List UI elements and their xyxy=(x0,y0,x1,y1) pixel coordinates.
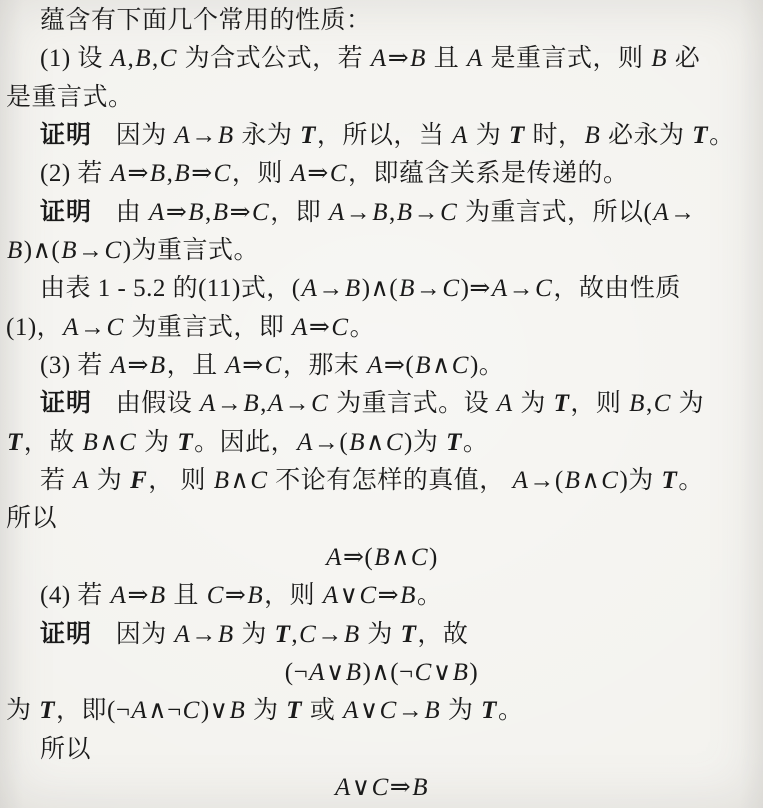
math-var: A xyxy=(224,352,242,379)
math-var: A xyxy=(148,199,166,226)
math-var: C xyxy=(104,237,123,264)
math-var: B xyxy=(344,275,362,302)
math-var: C xyxy=(330,314,349,341)
math-var: A xyxy=(366,352,384,379)
truth-value: T xyxy=(285,697,303,724)
text-line: T，故 B∧C 为 T。因此，A→(B∧C)为 T。 xyxy=(6,424,757,462)
math-var: A xyxy=(342,697,360,724)
math-var: B xyxy=(213,467,231,494)
math-var: A xyxy=(290,160,308,187)
math-var: B xyxy=(6,237,24,264)
math-var: B xyxy=(628,390,646,417)
math-var: B xyxy=(396,199,414,226)
math-var: B xyxy=(409,45,427,72)
math-var: B xyxy=(212,199,230,226)
math-var: C xyxy=(206,582,225,609)
math-var: B xyxy=(187,199,205,226)
math-var: C xyxy=(358,582,377,609)
text-line: (4) 若 A⇒B 且 C⇒B，则 A∨C⇒B。 xyxy=(6,577,757,615)
math-var: B xyxy=(411,774,429,801)
truth-value: T xyxy=(553,390,571,417)
page-content: 蕴含有下面几个常用的性质：(1) 设 A,B,C 为合式公式，若 A⇒B 且 A… xyxy=(6,2,757,807)
math-var: C xyxy=(414,659,433,686)
math-var: A xyxy=(110,45,128,72)
math-var: A xyxy=(296,429,314,456)
math-var: A xyxy=(491,275,509,302)
math-var: C xyxy=(441,275,460,302)
truth-value: T xyxy=(176,429,194,456)
text-line: A⇒(B∧C) xyxy=(6,539,757,577)
truth-value: T xyxy=(661,467,679,494)
math-var: B xyxy=(134,45,152,72)
math-var: B xyxy=(423,697,441,724)
math-var: B xyxy=(373,544,391,571)
math-var: A xyxy=(370,45,388,72)
math-var: C xyxy=(451,352,470,379)
math-var: B xyxy=(564,467,582,494)
math-var: C xyxy=(371,774,390,801)
math-var: B xyxy=(343,621,361,648)
math-var: C xyxy=(600,467,619,494)
wedge-operator-with-dot: ∧ xyxy=(371,659,390,686)
text-line: (1)，A→C 为重言式，即 A⇒C。 xyxy=(6,309,757,347)
math-var: B xyxy=(246,582,264,609)
math-var: C xyxy=(653,390,672,417)
proof-line: 证明因为 A→B 为 T,C→B 为 T，故 xyxy=(6,616,757,654)
math-var: C xyxy=(385,429,404,456)
math-var: A xyxy=(199,390,217,417)
math-var: C xyxy=(118,429,137,456)
proof-line: 证明由假设 A→B,A→C 为重言式。设 A 为 T，则 B,C 为 xyxy=(6,385,757,423)
math-var: A xyxy=(174,122,192,149)
math-var: B xyxy=(414,352,432,379)
text-line: 若 A 为 F， 则 B∧C 不论有怎样的真值， A→(B∧C)为 T。 xyxy=(6,462,757,500)
text-line: (2) 若 A⇒B,B⇒C，则 A⇒C，即蕴含关系是传递的。 xyxy=(6,155,757,193)
math-var: A xyxy=(62,314,80,341)
truth-value: T xyxy=(6,429,24,456)
math-var: A xyxy=(267,390,285,417)
text-line: (3) 若 A⇒B，且 A⇒C，那末 A⇒(B∧C)。 xyxy=(6,347,757,385)
math-var: A xyxy=(110,160,128,187)
math-var: C xyxy=(249,467,268,494)
math-var: A xyxy=(451,122,469,149)
math-var: B xyxy=(242,390,260,417)
math-var: C xyxy=(298,621,317,648)
math-var: A xyxy=(322,582,340,609)
math-var: A xyxy=(328,199,346,226)
math-var: C xyxy=(251,199,270,226)
math-var: A xyxy=(652,199,670,226)
truth-value: T xyxy=(274,621,292,648)
proof-label: 证明 xyxy=(40,199,92,226)
math-var: A xyxy=(496,390,514,417)
text-line: A∨C⇒B xyxy=(6,769,757,807)
math-var: A xyxy=(308,659,326,686)
math-var: B xyxy=(345,659,363,686)
truth-value: T xyxy=(299,122,317,149)
math-var: A xyxy=(334,774,352,801)
math-var: C xyxy=(310,390,329,417)
math-var: A xyxy=(512,467,530,494)
math-var: B xyxy=(149,352,167,379)
text-line: (¬A∨B)∧(¬C∨B) xyxy=(6,654,757,692)
math-var: B xyxy=(149,582,167,609)
text-line: (1) 设 A,B,C 为合式公式，若 A⇒B 且 A 是重言式，则 B 必 xyxy=(6,40,757,78)
truth-value: T xyxy=(445,429,463,456)
math-var: B xyxy=(60,237,78,264)
math-var: C xyxy=(534,275,553,302)
proof-label: 证明 xyxy=(40,122,92,149)
math-var: B xyxy=(217,122,235,149)
math-var: C xyxy=(329,160,348,187)
math-var: B xyxy=(399,582,417,609)
math-var: B xyxy=(348,429,366,456)
math-var: B xyxy=(371,199,389,226)
math-var: C xyxy=(439,199,458,226)
math-var: B xyxy=(173,160,191,187)
truth-value: T xyxy=(691,122,709,149)
math-var: B xyxy=(650,45,668,72)
text-line: 所以 xyxy=(6,731,757,769)
math-var: B xyxy=(82,429,100,456)
math-var: B xyxy=(398,275,416,302)
math-var: A xyxy=(325,544,343,571)
truth-value: T xyxy=(480,697,498,724)
math-var: B xyxy=(149,160,167,187)
text-line: B)∧(B→C)为重言式。 xyxy=(6,232,757,270)
truth-value: T xyxy=(38,697,56,724)
math-var: B xyxy=(584,122,602,149)
textbook-page: 蕴含有下面几个常用的性质：(1) 设 A,B,C 为合式公式，若 A⇒B 且 A… xyxy=(0,0,763,808)
math-var: A xyxy=(130,697,148,724)
math-var: A xyxy=(110,352,128,379)
math-var: C xyxy=(264,352,283,379)
math-var: B xyxy=(228,697,246,724)
text-line: 蕴含有下面几个常用的性质： xyxy=(6,2,757,40)
truth-value: T xyxy=(400,621,418,648)
proof-line: 证明因为 A→B 永为 T，所以，当 A 为 T 时，B 必永为 T。 xyxy=(6,117,757,155)
math-var: C xyxy=(159,45,178,72)
math-var: C xyxy=(213,160,232,187)
math-var: A xyxy=(291,314,309,341)
truth-value: F xyxy=(129,467,148,494)
math-var: A xyxy=(174,621,192,648)
math-var: C xyxy=(105,314,124,341)
proof-label: 证明 xyxy=(40,390,92,417)
math-var: A xyxy=(72,467,90,494)
proof-line: 证明由 A⇒B,B⇒C，即 A→B,B→C 为重言式，所以(A→ xyxy=(6,194,757,232)
text-line: 所以 xyxy=(6,500,757,538)
math-var: A xyxy=(466,45,484,72)
proof-label: 证明 xyxy=(40,621,92,648)
math-var: A xyxy=(110,582,128,609)
math-var: B xyxy=(452,659,470,686)
math-var: C xyxy=(410,544,429,571)
text-line: 是重言式。 xyxy=(6,79,757,117)
math-var: C xyxy=(182,697,201,724)
math-var: A xyxy=(301,275,319,302)
text-line: 由表 1 - 5.2 的(11)式，(A→B)∧(B→C)⇒A→C，故由性质 xyxy=(6,270,757,308)
math-var: B xyxy=(217,621,235,648)
math-var: C xyxy=(379,697,398,724)
truth-value: T xyxy=(508,122,526,149)
text-line: 为 T，即(¬A∧¬C)∨B 为 T 或 A∨C→B 为 T。 xyxy=(6,692,757,730)
